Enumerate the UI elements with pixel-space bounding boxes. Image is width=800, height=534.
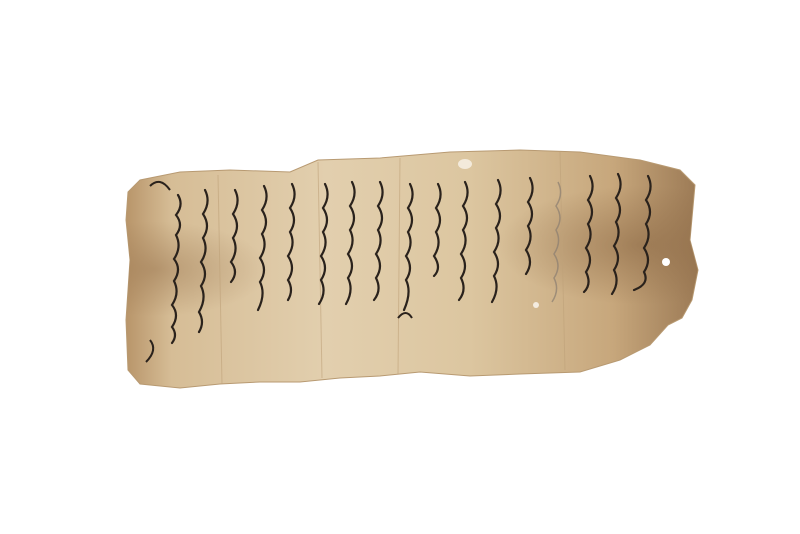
manuscript-fragment [0, 0, 800, 534]
hole [662, 258, 670, 266]
photo-scene: Manuscript fragment with vertical Mongol… [0, 0, 800, 534]
